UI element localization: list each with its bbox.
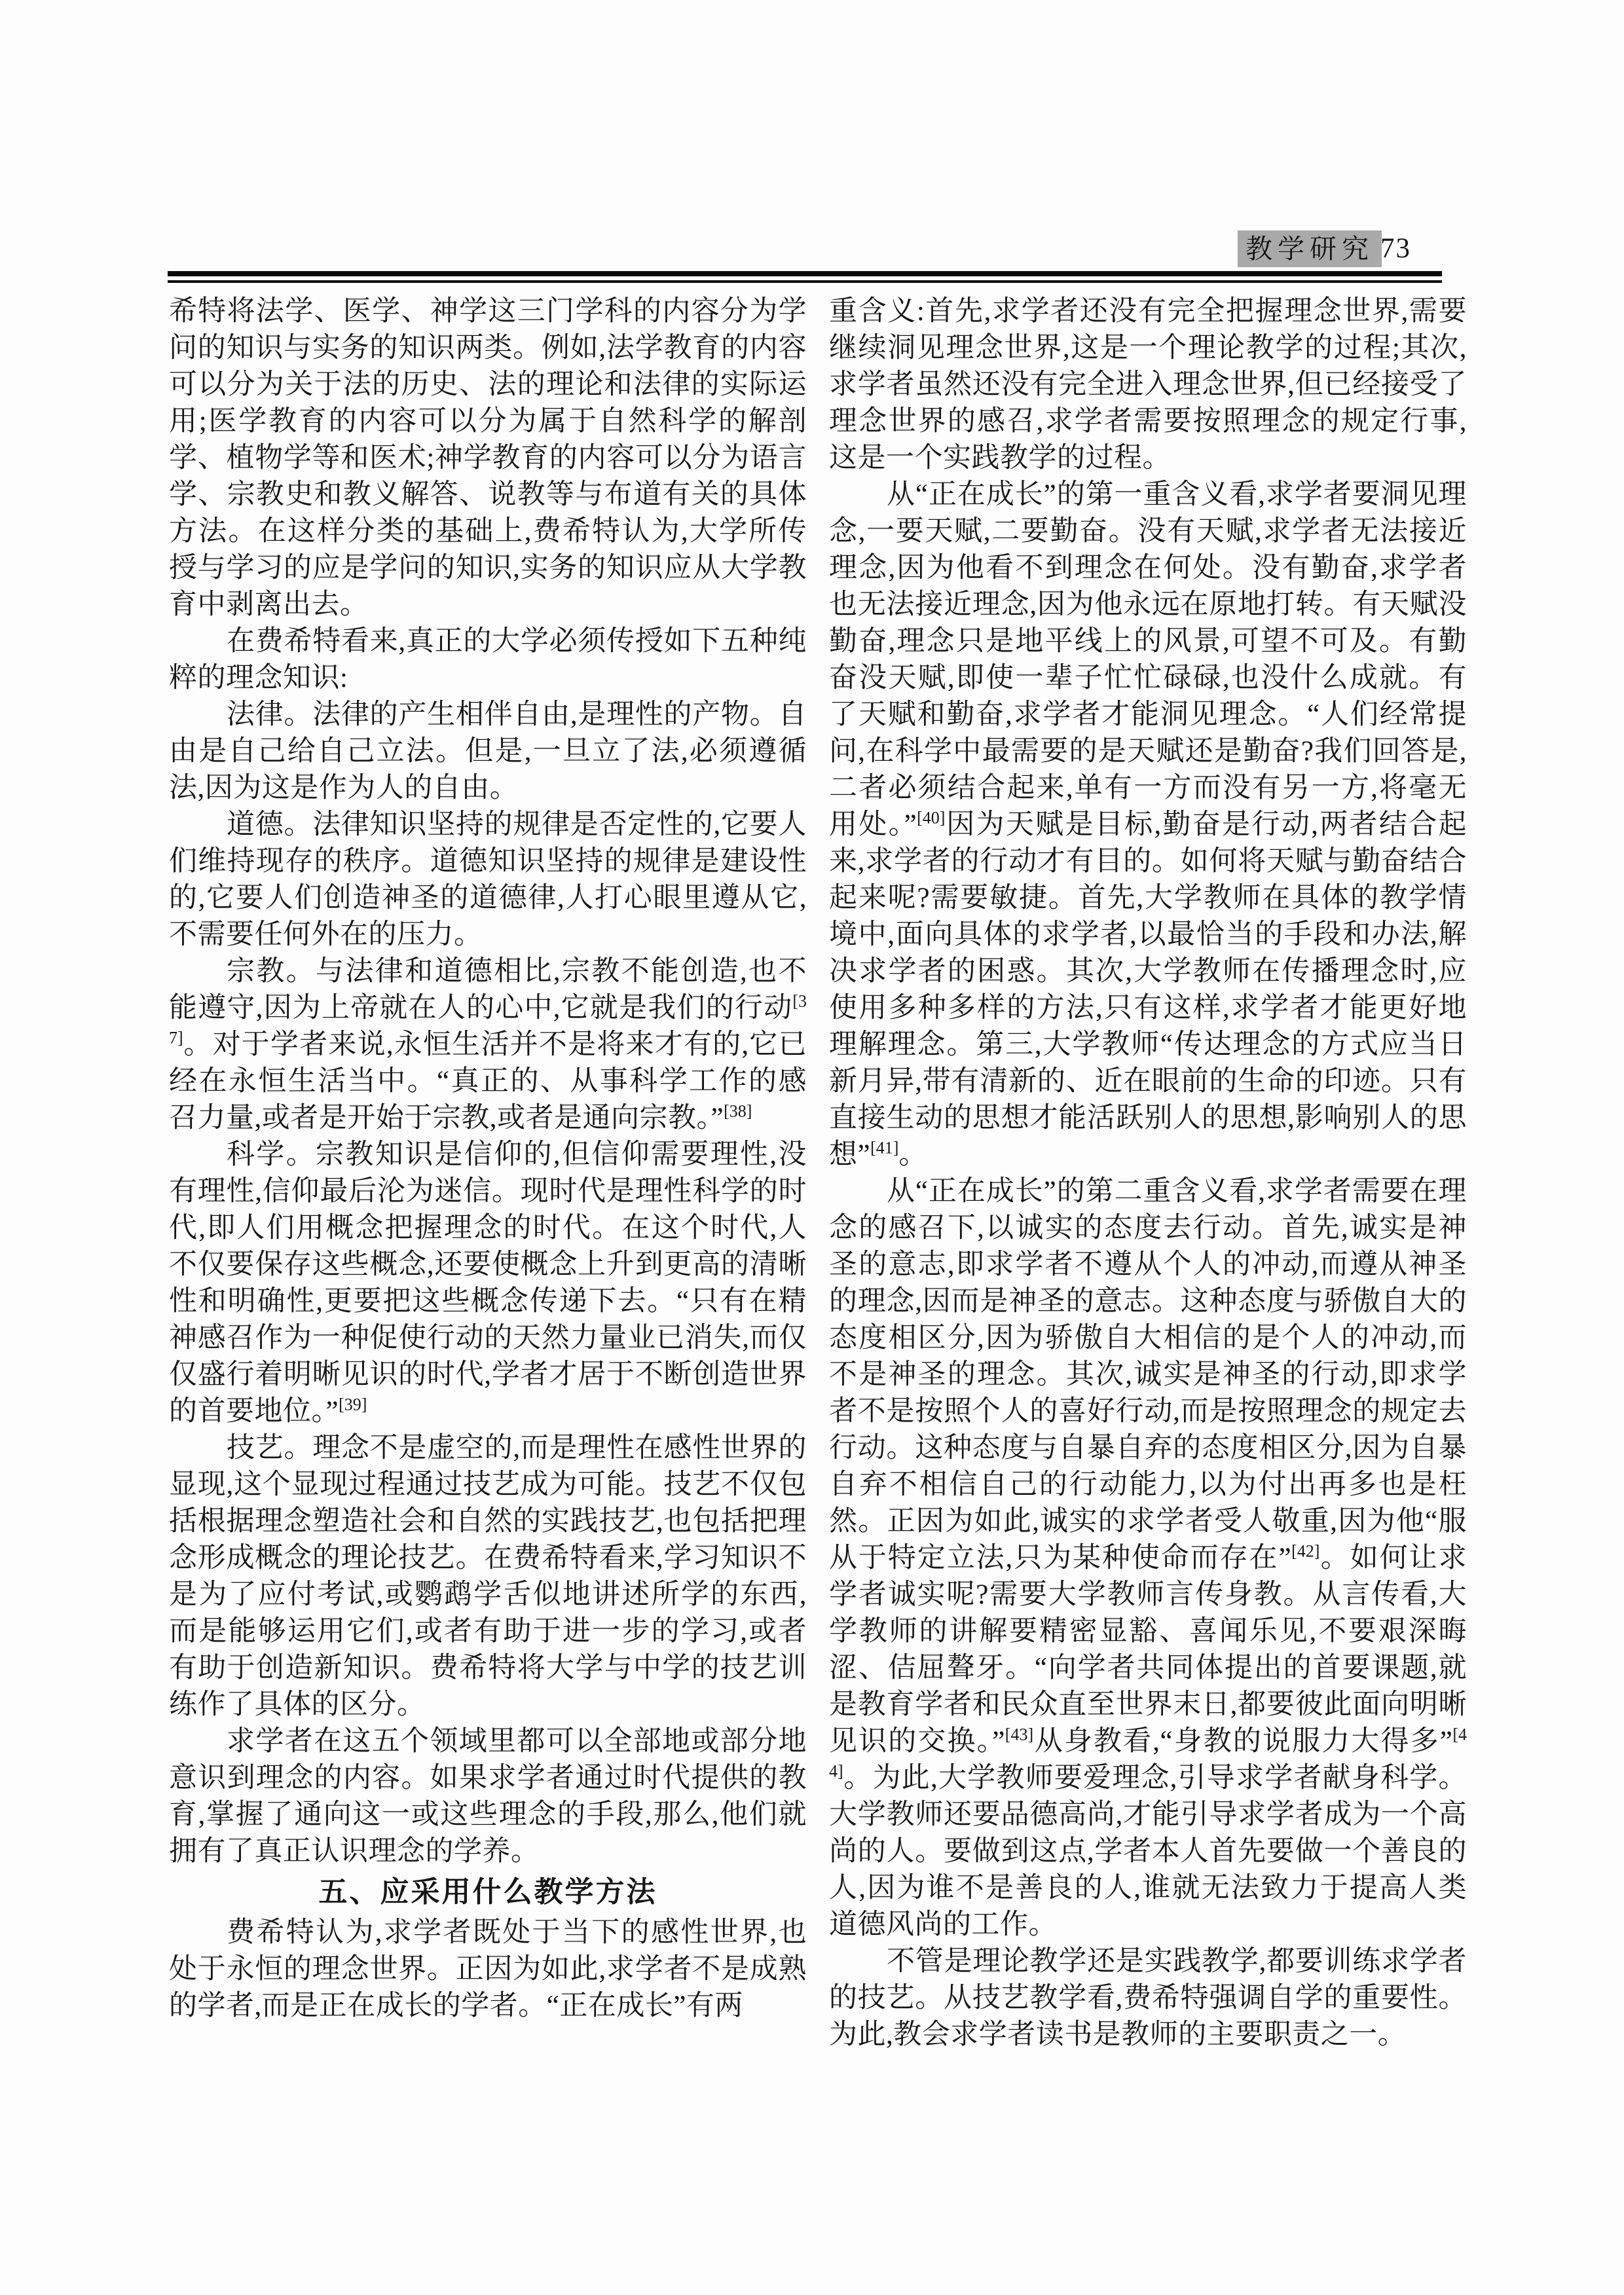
footnote-ref: [38] bbox=[724, 1102, 752, 1121]
paragraph: 科学。宗教知识是信仰的,但信仰需要理性,没有理性,信仰最后沦为迷信。现时代是理性… bbox=[169, 1137, 807, 1430]
running-head-label: 教学研究 bbox=[1238, 230, 1382, 267]
paragraph: 求学者在这五个领域里都可以全部地或部分地意识到理念的内容。如果求学者通过时代提供… bbox=[169, 1723, 807, 1870]
section-heading: 五、应采用什么教学方法 bbox=[169, 1874, 807, 1911]
left-column: 希特将法学、医学、神学这三门学科的内容分为学问的知识与实务的知识两类。例如,法学… bbox=[169, 293, 807, 2025]
header-double-rule bbox=[168, 271, 1442, 283]
footnote-ref: [40] bbox=[917, 809, 945, 828]
paragraph: 宗教。与法律和道德相比,宗教不能创造,也不能遵守,因为上帝就在人的心中,它就是我… bbox=[169, 953, 807, 1137]
paragraph: 重含义:首先,求学者还没有完全把握理念世界,需要继续洞见理念世界,这是一个理论教… bbox=[829, 293, 1467, 477]
paragraph: 技艺。理念不是虚空的,而是理性在感性世界的显现,这个显现过程通过技艺成为可能。技… bbox=[169, 1430, 807, 1723]
paragraph: 道德。法律知识坚持的规律是否定性的,它要人们维持现存的秩序。道德知识坚持的规律是… bbox=[169, 807, 807, 953]
footnote-ref: [39] bbox=[339, 1395, 367, 1414]
footnote-ref: [44] bbox=[829, 1725, 1467, 1781]
paragraph: 从“正在成长”的第二重含义看,求学者需要在理念的感召下,以诚实的态度去行动。首先… bbox=[829, 1173, 1467, 1943]
journal-page: 教学研究 73 希特将法学、医学、神学这三门学科的内容分为学问的知识与实务的知识… bbox=[0, 0, 1624, 2295]
footnote-ref: [43] bbox=[1005, 1725, 1033, 1744]
text-columns: 希特将法学、医学、神学这三门学科的内容分为学问的知识与实务的知识两类。例如,法学… bbox=[169, 293, 1467, 2053]
page-number: 73 bbox=[1380, 230, 1411, 267]
paragraph: 不管是理论教学还是实践教学,都要训练求学者的技艺。从技艺教学看,费希特强调自学的… bbox=[829, 1943, 1467, 2053]
paragraph: 法律。法律的产生相伴自由,是理性的产物。自由是自己给自己立法。但是,一旦立了法,… bbox=[169, 697, 807, 807]
footnote-ref: [41] bbox=[870, 1139, 898, 1158]
footnote-ref: [37] bbox=[169, 992, 807, 1048]
paragraph: 希特将法学、医学、神学这三门学科的内容分为学问的知识与实务的知识两类。例如,法学… bbox=[169, 293, 807, 623]
footnote-ref: [42] bbox=[1291, 1542, 1319, 1561]
paragraph: 从“正在成长”的第一重含义看,求学者要洞见理念,一要天赋,二要勤奋。没有天赋,求… bbox=[829, 477, 1467, 1173]
paragraph: 费希特认为,求学者既处于当下的感性世界,也处于永恒的理念世界。正因为如此,求学者… bbox=[169, 1915, 807, 2025]
paragraph: 在费希特看来,真正的大学必须传授如下五种纯粹的理念知识: bbox=[169, 623, 807, 697]
right-column: 重含义:首先,求学者还没有完全把握理念世界,需要继续洞见理念世界,这是一个理论教… bbox=[829, 293, 1467, 2053]
